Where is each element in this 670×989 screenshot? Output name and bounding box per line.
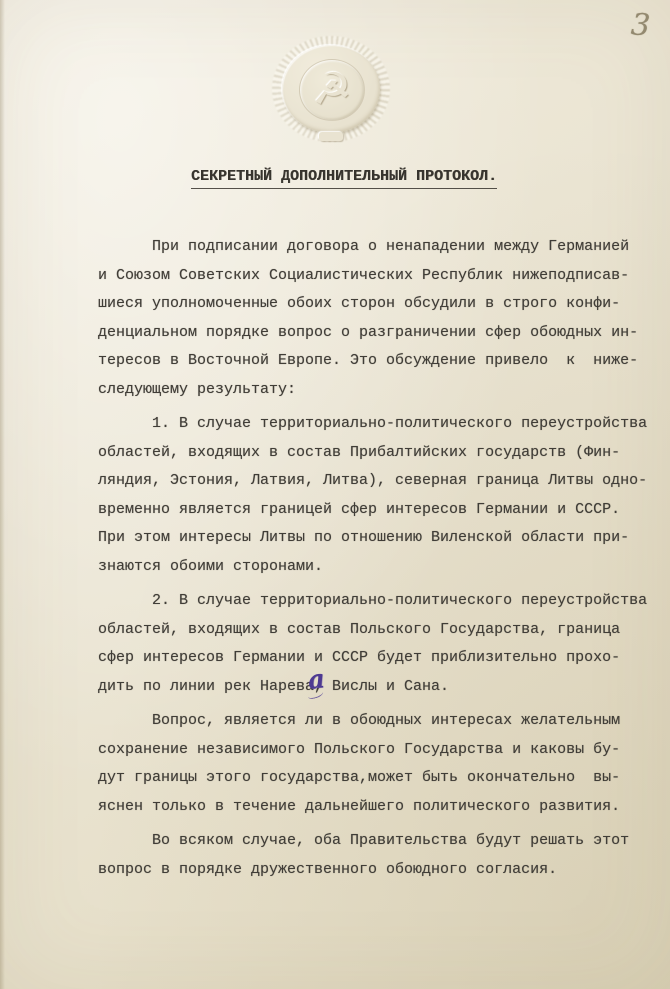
text-line: 2. В случае территориально-политического…	[98, 587, 658, 616]
text-line: знаются обоими сторонами.	[98, 553, 658, 582]
paragraph: При подписании договора о ненападении ме…	[98, 233, 658, 404]
text-line: шиеся уполномоченные обоих сторон обсуди…	[98, 290, 658, 319]
pencil-page-number: 3	[630, 7, 651, 43]
paragraph: Вопрос, является ли в обоюдных интересах…	[98, 707, 658, 821]
text-line: При подписании договора о ненападении ме…	[98, 233, 658, 262]
document-title: СЕКРЕТНЫЙ ДОПОЛНИТЕЛЬНЫЙ ПРОТОКОЛ.	[191, 168, 497, 189]
seal-ribbon	[319, 132, 343, 141]
text-line: дут границы этого государства,может быть…	[98, 764, 658, 793]
text-line: областей, входящих в состав Прибалтийски…	[98, 439, 658, 468]
text-line: сохранение независимого Польского Госуда…	[98, 736, 658, 765]
text-line: ляндия, Эстония, Латвия, Литва), северна…	[98, 467, 658, 496]
ink-correction: а	[306, 664, 326, 696]
text-line: временно является границей сфер интересо…	[98, 496, 658, 525]
text-line: дить по линии рек Нарева, Вислы и Сана.	[98, 673, 658, 702]
text-line: При этом интересы Литвы по отношению Вил…	[98, 524, 658, 553]
hammer-and-sickle-icon: ☭	[312, 68, 351, 112]
document-body: При подписании договора о ненападении ме…	[98, 233, 658, 890]
text-line: 1. В случае территориально-политического…	[98, 410, 658, 439]
text-line: тересов в Восточной Европе. Это обсужден…	[98, 347, 658, 376]
text-line: Во всяком случае, оба Правительства буду…	[98, 827, 658, 856]
paragraph: 1. В случае территориально-политического…	[98, 410, 658, 581]
document-page: 3 ☭ СЕКРЕТНЫЙ ДОПОЛНИТЕЛЬНЫЙ ПРОТОКОЛ. П…	[0, 0, 670, 989]
text-line: областей, входящих в состав Польского Го…	[98, 616, 658, 645]
paragraph: Во всяком случае, оба Правительства буду…	[98, 827, 658, 884]
text-line: и Союзом Советских Социалистических Респ…	[98, 262, 658, 291]
text-line: Вопрос, является ли в обоюдных интересах…	[98, 707, 658, 736]
paragraph: 2. В случае территориально-политического…	[98, 587, 658, 701]
text-line: яснен только в течение дальнейшего полит…	[98, 793, 658, 822]
text-line: следующему результату:	[98, 376, 658, 405]
text-line: денциальном порядке вопрос о разграничен…	[98, 319, 658, 348]
embossed-seal: ☭	[272, 36, 390, 146]
seal-inner-disc: ☭	[299, 59, 365, 121]
text-line: вопрос в порядке дружественного обоюдног…	[98, 856, 658, 885]
text-line: сфер интересов Германии и СССР будет при…	[98, 644, 658, 673]
